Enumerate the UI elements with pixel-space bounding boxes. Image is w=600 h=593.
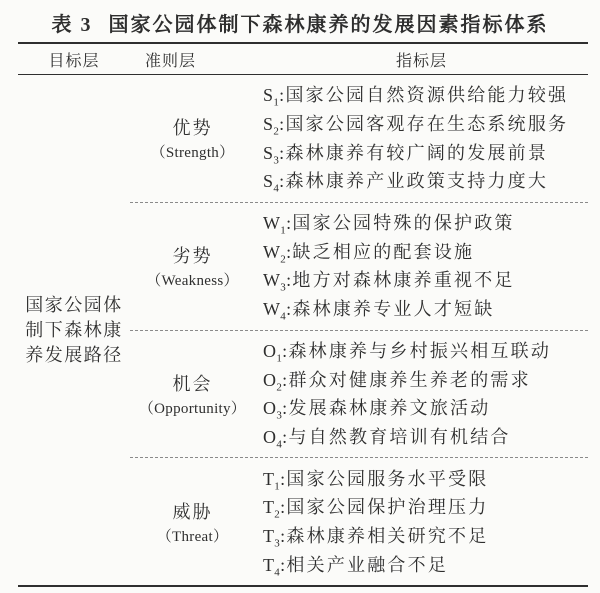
goal-cell: 国家公园体 制下森林康 养发展路径 — [18, 75, 130, 585]
indicator-row: O4:与自然教育培训有机结合 — [263, 423, 588, 449]
scanned-page: 表 3国家公园体制下森林康养的发展因素指标体系 目标层 准则层 指标层 国家公园… — [0, 0, 600, 593]
criterion-label-en: （Strength） — [151, 141, 235, 162]
indicator-code: W1: — [263, 213, 291, 233]
indicator-text: 与自然教育培训有机结合 — [288, 427, 510, 447]
indicator-code: S2: — [263, 114, 284, 134]
indicator-code: O1: — [263, 341, 287, 361]
indicator-row: O2:群众对健康养生养老的需求 — [263, 366, 588, 392]
goal-text-line3: 养发展路径 — [25, 343, 123, 368]
indicator-row: T1:国家公园服务水平受限 — [263, 465, 588, 491]
indicator-row: W3:地方对森林康养重视不足 — [263, 266, 588, 292]
indicator-text: 森林康养与乡村振兴相互联动 — [288, 341, 551, 361]
goal-text-line2: 制下森林康 — [25, 318, 123, 343]
indicator-list: O1:森林康养与乡村振兴相互联动 O2:群众对健康养生养老的需求 O3:发展森林… — [255, 331, 588, 458]
indicator-row: S1:国家公园自然资源供给能力较强 — [263, 81, 588, 107]
criterion-label-cn: 威胁 — [173, 498, 213, 524]
criterion-label-en: （Opportunity） — [139, 397, 246, 418]
indicator-text: 国家公园特殊的保护政策 — [292, 213, 514, 233]
indicator-code: O3: — [263, 398, 287, 418]
indicator-text: 国家公园保护治理压力 — [286, 497, 488, 517]
table-number: 表 3 — [52, 14, 93, 36]
goal-text-line1: 国家公园体 — [25, 293, 123, 318]
indicator-text: 缺乏相应的配套设施 — [292, 242, 474, 262]
indicator-text: 国家公园服务水平受限 — [286, 469, 488, 489]
indicator-row: O1:森林康养与乡村振兴相互联动 — [263, 337, 588, 363]
indicator-code: W2: — [263, 242, 291, 262]
indicator-row: T3:森林康养相关研究不足 — [263, 522, 588, 548]
indicator-code: T4: — [263, 555, 285, 575]
criterion-cell: 劣势 （Weakness） — [130, 203, 255, 330]
indicator-text: 森林康养有较广阔的发展前景 — [285, 143, 548, 163]
table-title-text: 国家公园体制下森林康养的发展因素指标体系 — [109, 14, 549, 36]
indicator-row: W2:缺乏相应的配套设施 — [263, 238, 588, 264]
indicator-code: S3: — [263, 143, 284, 163]
indicator-row: S4:森林康养产业政策支持力度大 — [263, 167, 588, 193]
indicator-text: 相关产业融合不足 — [286, 555, 448, 575]
indicator-row: S3:森林康养有较广阔的发展前景 — [263, 139, 588, 165]
swot-table: 目标层 准则层 指标层 国家公园体 制下森林康 养发展路径 优势 （Streng… — [18, 42, 588, 587]
indicator-code: O2: — [263, 370, 287, 390]
indicator-row: T4:相关产业融合不足 — [263, 551, 588, 577]
criterion-cell: 威胁 （Threat） — [130, 458, 255, 585]
indicator-row: S2:国家公园客观存在生态系统服务 — [263, 110, 588, 136]
section-weakness: 劣势 （Weakness） W1:国家公园特殊的保护政策 W2:缺乏相应的配套设… — [130, 203, 588, 330]
criterion-cell: 机会 （Opportunity） — [130, 331, 255, 458]
section-threat: 威胁 （Threat） T1:国家公园服务水平受限 T2:国家公园保护治理压力 … — [130, 458, 588, 585]
criterion-cell: 优势 （Strength） — [130, 75, 255, 202]
indicator-row: W4:森林康养专业人才短缺 — [263, 295, 588, 321]
indicator-code: O4: — [263, 427, 287, 447]
section-opportunity: 机会 （Opportunity） O1:森林康养与乡村振兴相互联动 O2:群众对… — [130, 331, 588, 458]
indicator-code: S4: — [263, 171, 284, 191]
indicator-text: 国家公园客观存在生态系统服务 — [285, 114, 568, 134]
header-criterion-column: 准则层 — [108, 48, 233, 71]
table-header-row: 目标层 准则层 指标层 — [18, 42, 588, 75]
indicator-list: T1:国家公园服务水平受限 T2:国家公园保护治理压力 T3:森林康养相关研究不… — [255, 458, 588, 585]
indicator-code: T3: — [263, 526, 285, 546]
indicator-text: 森林康养专业人才短缺 — [292, 299, 494, 319]
indicator-text: 国家公园自然资源供给能力较强 — [285, 85, 568, 105]
indicator-text: 群众对健康养生养老的需求 — [288, 370, 530, 390]
indicator-text: 森林康养相关研究不足 — [286, 526, 488, 546]
indicator-code: W4: — [263, 299, 291, 319]
criterion-label-cn: 劣势 — [173, 242, 213, 268]
table-body: 国家公园体 制下森林康 养发展路径 优势 （Strength） S1:国家公园自… — [18, 75, 588, 587]
indicator-row: T2:国家公园保护治理压力 — [263, 493, 588, 519]
indicator-row: W1:国家公园特殊的保护政策 — [263, 209, 588, 235]
indicator-code: S1: — [263, 85, 284, 105]
table-caption: 表 3国家公园体制下森林康养的发展因素指标体系 — [0, 8, 600, 37]
criterion-label-en: （Threat） — [157, 525, 229, 546]
criterion-label-cn: 优势 — [173, 114, 213, 140]
indicator-code: W3: — [263, 270, 291, 290]
indicator-text: 森林康养产业政策支持力度大 — [285, 171, 548, 191]
criterion-label-en: （Weakness） — [146, 269, 239, 290]
indicator-code: T2: — [263, 497, 285, 517]
indicator-text: 地方对森林康养重视不足 — [292, 270, 514, 290]
indicator-code: T1: — [263, 469, 285, 489]
indicator-text: 发展森林康养文旅活动 — [288, 398, 490, 418]
indicator-list: W1:国家公园特殊的保护政策 W2:缺乏相应的配套设施 W3:地方对森林康养重视… — [255, 203, 588, 330]
indicator-list: S1:国家公园自然资源供给能力较强 S2:国家公园客观存在生态系统服务 S3:森… — [255, 75, 588, 202]
header-indicator-column: 指标层 — [255, 48, 588, 71]
section-strength: 优势 （Strength） S1:国家公园自然资源供给能力较强 S2:国家公园客… — [130, 75, 588, 202]
criterion-label-cn: 机会 — [173, 370, 213, 396]
indicator-row: O3:发展森林康养文旅活动 — [263, 394, 588, 420]
